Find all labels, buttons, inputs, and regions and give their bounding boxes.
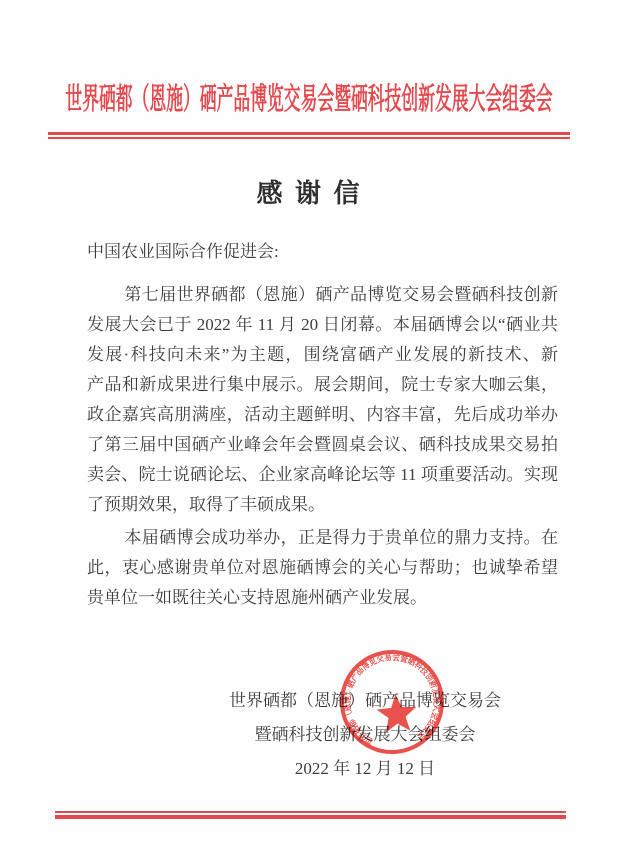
body-line: 第七届世界硒都（恩施）硒产品博览交易会暨硒科技创新 bbox=[87, 280, 558, 310]
body-line: 政企嘉宾高朋满座，活动主题鲜明、内容丰富，先后成功举办 bbox=[87, 400, 558, 430]
letterhead-title: 世界硒都（恩施）硒产品博览交易会暨硒科技创新发展大会组委会 bbox=[65, 82, 552, 118]
star-icon bbox=[375, 692, 418, 733]
divider-thin-line bbox=[48, 137, 570, 139]
letterhead-divider bbox=[48, 132, 570, 139]
body-line: 了第三届中国硒产业峰会年会暨圆桌会议、硒科技成果交易拍 bbox=[87, 430, 558, 460]
body-line: 本届硒博会成功举办，正是得力于贵单位的鼎力支持。在 bbox=[87, 523, 558, 553]
salutation: 中国农业国际合作促进会: bbox=[87, 237, 558, 267]
body-line: 贵单位一如既往关心支持恩施州硒产业发展。 bbox=[87, 583, 558, 613]
body-line: 产品和新成果进行集中展示。展会期间，院士专家大咖云集， bbox=[87, 370, 558, 400]
letter-title: 感 谢 信 bbox=[0, 179, 618, 209]
letter-page: 世界硒都（恩施）硒产品博览交易会暨硒科技创新发展大会组委会 感 谢 信 中国农业… bbox=[0, 0, 618, 863]
divider-thick-line bbox=[55, 815, 566, 819]
body-line: 发展大会已于 2022 年 11 月 20 日闭幕。本届硒博会以“硒业共 bbox=[87, 310, 558, 340]
paragraph-2: 本届硒博会成功举办，正是得力于贵单位的鼎力支持。在 此，衷心感谢贵单位对恩施硒博… bbox=[87, 523, 558, 613]
letter-body: 中国农业国际合作促进会: 第七届世界硒都（恩施）硒产品博览交易会暨硒科技创新 发… bbox=[87, 237, 558, 613]
body-line: 了预期效果，取得了丰硕成果。 bbox=[87, 490, 558, 520]
body-line: 发展·科技向未来”为主题，围绕富硒产业发展的新技术、新 bbox=[87, 340, 558, 370]
seal-ring bbox=[339, 649, 446, 756]
paragraph-1: 第七届世界硒都（恩施）硒产品博览交易会暨硒科技创新 发展大会已于 2022 年 … bbox=[87, 280, 558, 520]
footer-divider bbox=[55, 811, 566, 819]
body-line: 卖会、院士说硒论坛、企业家高峰论坛等 11 项重要活动。实现 bbox=[87, 460, 558, 490]
body-line: 此，衷心感谢贵单位对恩施硒博会的关心与帮助；也诚挚希望 bbox=[87, 553, 558, 583]
official-seal-stamp: 世界硒都（恩施）硒产品博览交易会暨硒科技创新发展大会组委会 bbox=[332, 642, 452, 762]
